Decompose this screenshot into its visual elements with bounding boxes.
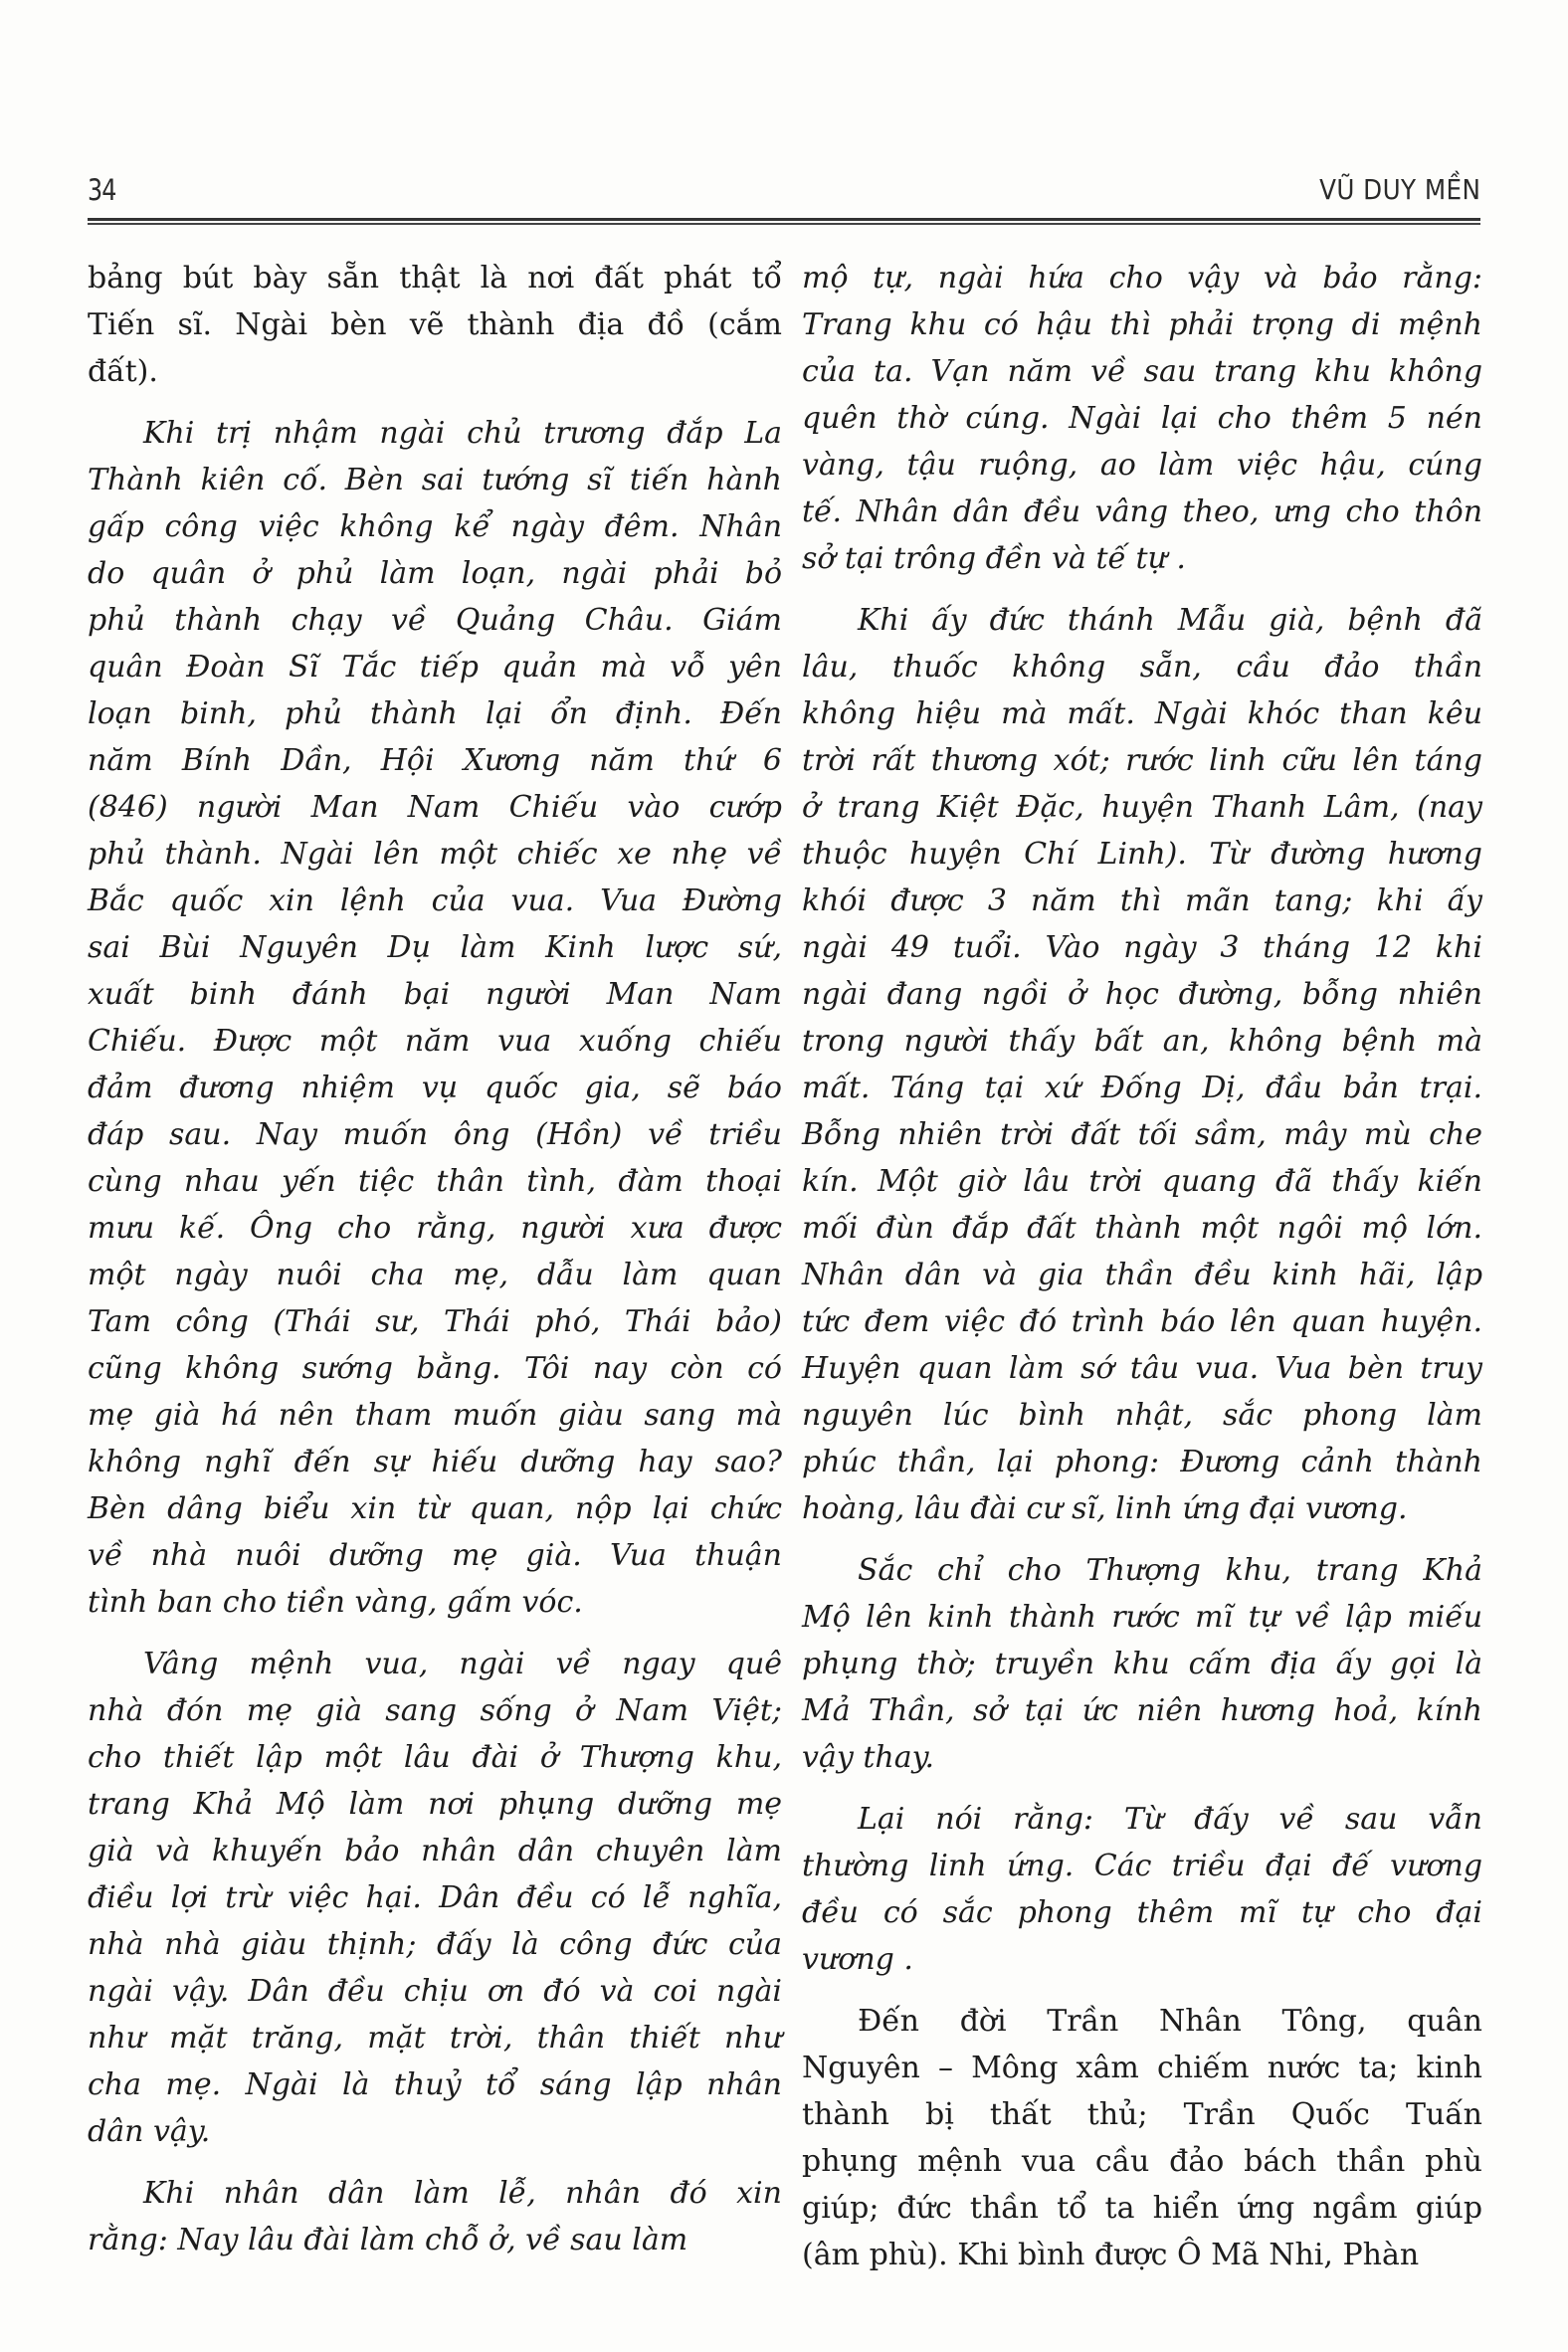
text-line: quân Đoàn Sĩ Tắc tiếp quản mà vỗ yên bbox=[88, 644, 782, 690]
text-line: một ngày nuôi cha mẹ, dẫu làm quan bbox=[88, 1252, 782, 1298]
text-line: Bèn dâng biểu xin từ quan, nộp lại chức bbox=[88, 1485, 782, 1532]
text-line: về nhà nuôi dưỡng mẹ già. Vua thuận bbox=[88, 1532, 782, 1579]
book-page: 34 VŨ DUY MỀN bảng bút bày sẵn thật là n… bbox=[0, 0, 1568, 2352]
text-line: cho thiết lập một lâu đài ở Thượng khu, bbox=[88, 1734, 782, 1781]
text-line: nhà đón mẹ già sang sống ở Nam Việt; bbox=[88, 1687, 782, 1734]
text-line: vàng, tậu ruộng, ao làm việc hậu, cúng bbox=[802, 442, 1482, 489]
text-line: gấp công việc không kể ngày đêm. Nhân bbox=[88, 503, 782, 550]
text-line: phúc thần, lại phong: Đương cảnh thành bbox=[802, 1439, 1482, 1485]
text-line: thành bị thất thủ; Trần Quốc Tuấn bbox=[802, 2091, 1482, 2138]
paragraph: bảng bút bày sẵn thật là nơi đất phát tổ… bbox=[88, 255, 782, 395]
text-line: mẹ già há nên tham muốn giàu sang mà bbox=[88, 1392, 782, 1439]
text-line: năm Bính Dần, Hội Xương năm thứ 6 bbox=[88, 737, 782, 784]
text-line: ngài vậy. Dân đều chịu ơn đó và coi ngài bbox=[88, 1968, 782, 2015]
text-line: phủ thành chạy về Quảng Châu. Giám bbox=[88, 597, 782, 644]
text-line: khói được 3 năm thì mãn tang; khi ấy bbox=[802, 878, 1482, 924]
text-line: nhà nhà giàu thịnh; đấy là công đức của bbox=[88, 1921, 782, 1968]
text-line: phụng thờ; truyền khu cấm địa ấy gọi là bbox=[802, 1641, 1482, 1687]
text-line: điều lợi trừ việc hại. Dân đều có lễ ngh… bbox=[88, 1874, 782, 1921]
text-line: tức đem việc đó trình báo lên quan huyện… bbox=[802, 1298, 1482, 1345]
text-line: giúp; đức thần tổ ta hiển ứng ngầm giúp bbox=[802, 2185, 1482, 2232]
text-line: như mặt trăng, mặt trời, thân thiết như bbox=[88, 2015, 782, 2061]
text-line: mộ tự, ngài hứa cho vậy và bảo rằng: bbox=[802, 255, 1482, 301]
text-line: Sắc chỉ cho Thượng khu, trang Khả bbox=[802, 1547, 1482, 1594]
text-line: Khi ấy đức thánh Mẫu già, bệnh đã bbox=[802, 597, 1482, 644]
text-line: mưu kế. Ông cho rằng, người xưa được bbox=[88, 1205, 782, 1252]
text-line: Bỗng nhiên trời đất tối sầm, mây mù che bbox=[802, 1111, 1482, 1158]
text-line: vậy thay. bbox=[802, 1734, 1482, 1781]
right-column: mộ tự, ngài hứa cho vậy và bảo rằng:Tran… bbox=[802, 255, 1482, 2278]
text-line: Tam công (Thái sư, Thái phó, Thái bảo) bbox=[88, 1298, 782, 1345]
text-line: đều có sắc phong thêm mĩ tự cho đại bbox=[802, 1889, 1482, 1936]
text-line: xuất binh đánh bại người Man Nam bbox=[88, 971, 782, 1018]
text-line: thường linh ứng. Các triều đại đế vương bbox=[802, 1843, 1482, 1889]
text-line: Khi trị nhậm ngài chủ trương đắp La bbox=[88, 410, 782, 457]
paragraph: Khi nhân dân làm lễ, nhân đó xinrằng: Na… bbox=[88, 2170, 782, 2263]
text-line: Trang khu có hậu thì phải trọng di mệnh bbox=[802, 301, 1482, 348]
text-line: vương . bbox=[802, 1936, 1482, 1983]
left-column: bảng bút bày sẵn thật là nơi đất phát tổ… bbox=[88, 255, 782, 2263]
text-line: mất. Táng tại xứ Đống Dị, đầu bản trại. bbox=[802, 1065, 1482, 1111]
text-line: Khi nhân dân làm lễ, nhân đó xin bbox=[88, 2170, 782, 2217]
text-line: ở trang Kiệt Đặc, huyện Thanh Lâm, (nay bbox=[802, 784, 1482, 831]
text-line: đáp sau. Nay muốn ông (Hồn) về triều bbox=[88, 1111, 782, 1158]
text-line: đảm đương nhiệm vụ quốc gia, sẽ báo bbox=[88, 1065, 782, 1111]
text-line: Mộ lên kinh thành rước mĩ tự về lập miếu bbox=[802, 1594, 1482, 1641]
text-line: của ta. Vạn năm về sau trang khu không bbox=[802, 348, 1482, 395]
text-line: loạn binh, phủ thành lại ổn định. Đến bbox=[88, 690, 782, 737]
text-line: Mả Thần, sở tại ức niên hương hoả, kính bbox=[802, 1687, 1482, 1734]
text-line: thuộc huyện Chí Linh). Từ đường hương bbox=[802, 831, 1482, 878]
text-line: phủ thành. Ngài lên một chiếc xe nhẹ về bbox=[88, 831, 782, 878]
text-line: Tiến sĩ. Ngài bèn vẽ thành địa đồ (cắm bbox=[88, 301, 782, 348]
text-line: cùng nhau yến tiệc thân tình, đàm thoại bbox=[88, 1158, 782, 1205]
text-line: cha mẹ. Ngài là thuỷ tổ sáng lập nhân bbox=[88, 2061, 782, 2108]
text-line: trời rất thương xót; rước linh cữu lên t… bbox=[802, 737, 1482, 784]
text-line: Nguyên – Mông xâm chiếm nước ta; kinh bbox=[802, 2045, 1482, 2091]
text-line: nguyên lúc bình nhật, sắc phong làm bbox=[802, 1392, 1482, 1439]
text-line: tế. Nhân dân đều vâng theo, ưng cho thôn bbox=[802, 489, 1482, 535]
paragraph: Vâng mệnh vua, ngài về ngay quênhà đón m… bbox=[88, 1641, 782, 2155]
text-line: dân vậy. bbox=[88, 2108, 782, 2155]
text-line: già và khuyến bảo nhân dân chuyên làm bbox=[88, 1828, 782, 1874]
text-line: (âm phù). Khi bình được Ô Mã Nhi, Phàn bbox=[802, 2232, 1482, 2278]
text-line: tình ban cho tiền vàng, gấm vóc. bbox=[88, 1579, 782, 1626]
text-line: (846) người Man Nam Chiếu vào cướp bbox=[88, 784, 782, 831]
paragraph: Khi trị nhậm ngài chủ trương đắp LaThành… bbox=[88, 410, 782, 1626]
text-line: sở tại trông đền và tế tự . bbox=[802, 535, 1482, 582]
page-header: 34 VŨ DUY MỀN bbox=[88, 167, 1480, 217]
text-line: lâu, thuốc không sẵn, cầu đảo thần bbox=[802, 644, 1482, 690]
text-line: ngài đang ngồi ở học đường, bỗng nhiên bbox=[802, 971, 1482, 1018]
text-line: ngài 49 tuổi. Vào ngày 3 tháng 12 khi bbox=[802, 924, 1482, 971]
text-line: hoàng, lâu đài cư sĩ, linh ứng đại vương… bbox=[802, 1485, 1482, 1532]
text-line: Thành kiên cố. Bèn sai tướng sĩ tiến hàn… bbox=[88, 457, 782, 503]
paragraph: mộ tự, ngài hứa cho vậy và bảo rằng:Tran… bbox=[802, 255, 1482, 582]
paragraph: Lại nói rằng: Từ đấy về sau vẫnthường li… bbox=[802, 1796, 1482, 1983]
text-line: rằng: Nay lâu đài làm chỗ ở, về sau làm bbox=[88, 2217, 782, 2263]
text-line: trang Khả Mộ làm nơi phụng dưỡng mẹ bbox=[88, 1781, 782, 1828]
text-line: phụng mệnh vua cầu đảo bách thần phù bbox=[802, 2138, 1482, 2185]
text-line: trong người thấy bất an, không bệnh mà bbox=[802, 1018, 1482, 1065]
text-line: Chiếu. Được một năm vua xuống chiếu bbox=[88, 1018, 782, 1065]
header-double-rule bbox=[88, 218, 1480, 227]
text-line: do quân ở phủ làm loạn, ngài phải bỏ bbox=[88, 550, 782, 597]
text-line: bảng bút bày sẵn thật là nơi đất phát tổ bbox=[88, 255, 782, 301]
text-line: không hiệu mà mất. Ngài khóc than kêu bbox=[802, 690, 1482, 737]
text-line: Vâng mệnh vua, ngài về ngay quê bbox=[88, 1641, 782, 1687]
paragraph: Khi ấy đức thánh Mẫu già, bệnh đãlâu, th… bbox=[802, 597, 1482, 1532]
text-line: đất). bbox=[88, 348, 782, 395]
running-head-author: VŨ DUY MỀN bbox=[1319, 173, 1480, 206]
text-line: Nhân dân và gia thần đều kinh hãi, lập bbox=[802, 1252, 1482, 1298]
text-line: sai Bùi Nguyên Dụ làm Kinh lược sứ, bbox=[88, 924, 782, 971]
text-line: cũng không sướng bằng. Tôi nay còn có bbox=[88, 1345, 782, 1392]
text-line: không nghĩ đến sự hiếu dưỡng hay sao? bbox=[88, 1439, 782, 1485]
paragraph: Sắc chỉ cho Thượng khu, trang KhảMộ lên … bbox=[802, 1547, 1482, 1781]
page-number: 34 bbox=[88, 173, 116, 207]
text-line: Huyện quan làm sớ tâu vua. Vua bèn truy bbox=[802, 1345, 1482, 1392]
text-line: Đến đời Trần Nhân Tông, quân bbox=[802, 1998, 1482, 2045]
text-line: kín. Một giờ lâu trời quang đã thấy kiến bbox=[802, 1158, 1482, 1205]
text-line: mối đùn đắp đất thành một ngôi mộ lớn. bbox=[802, 1205, 1482, 1252]
paragraph: Đến đời Trần Nhân Tông, quânNguyên – Môn… bbox=[802, 1998, 1482, 2278]
text-line: quên thờ cúng. Ngài lại cho thêm 5 nén bbox=[802, 395, 1482, 442]
text-line: Lại nói rằng: Từ đấy về sau vẫn bbox=[802, 1796, 1482, 1843]
text-line: Bắc quốc xin lệnh của vua. Vua Đường bbox=[88, 878, 782, 924]
